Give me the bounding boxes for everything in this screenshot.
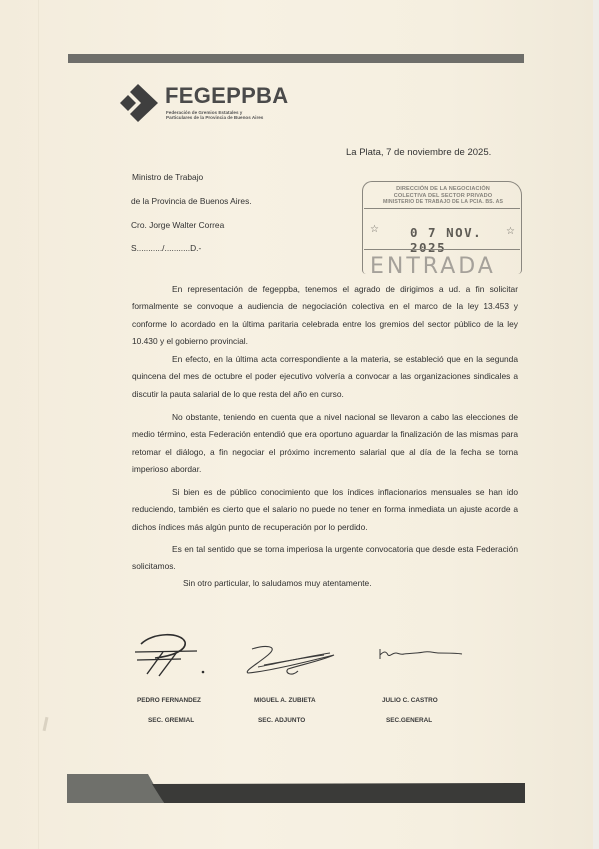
footer-bar [67,774,525,803]
signatory-name: PEDRO FERNANDEZ [137,697,201,704]
body-paragraph: Es en tal sentido que se torna imperiosa… [132,541,518,576]
brand-name: FEGEPPBA [165,83,288,109]
paragraph-text: En efecto, en la última acta correspondi… [132,351,518,403]
paragraph-text: En representación de fegeppba, tenemos e… [132,281,518,350]
signatory-name: MIGUEL A. ZUBIETA [254,697,316,704]
star-icon: ☆ [506,226,515,237]
signatory-role: SEC. GREMIAL [148,717,194,724]
stamp-entrada-label: ENTRADA [370,254,496,279]
stamp-header-line-3: MINISTERIO DE TRABAJO DE LA PCIA. BS. AS [362,199,524,206]
body-paragraph: En representación de fegeppba, tenemos e… [132,281,518,350]
reception-stamp: DIRECCIÓN DE LA NEGOCIACIÓN COLECTIVA DE… [362,181,524,279]
signatory-name: JULIO C. CASTRO [382,697,438,704]
stamp-divider-bottom [364,249,520,250]
scan-edge [593,0,599,849]
brand-subtitle: Federación de Gremios Estatales y Partic… [166,110,263,120]
handwritten-signature-icon [376,645,466,665]
chevron-diamond-logo-icon [118,84,160,122]
handwritten-signature-icon [133,630,213,680]
brand-subtitle-line-2: Particulares de la Provincia de Buenos A… [166,115,263,120]
paper-mark [43,717,49,731]
paragraph-text: Si bien es de público conocimiento que l… [132,484,518,536]
recipient-line-3: Cro. Jorge Walter Correa [131,220,224,230]
letterhead-top-bar [68,54,524,63]
paper-fold-line [38,0,39,849]
paragraph-text: No obstante, teniendo en cuenta que a ni… [132,409,518,478]
body-paragraph: No obstante, teniendo en cuenta que a ni… [132,409,518,478]
letter-page: FEGEPPBA Federación de Gremios Estatales… [0,0,594,849]
recipient-line-1: Ministro de Trabajo [132,172,203,182]
recipient-line-4: S.........../...........D.- [131,243,201,253]
paragraph-text: Es en tal sentido que se torna imperiosa… [132,541,518,576]
body-paragraph: En efecto, en la última acta correspondi… [132,351,518,403]
signatory-role: SEC. ADJUNTO [258,717,305,724]
recipient-line-2: de la Provincia de Buenos Aires. [131,196,252,206]
body-paragraph: Si bien es de público conocimiento que l… [132,484,518,536]
stamp-divider-top [364,208,520,209]
star-icon: ☆ [370,224,379,235]
signatory-role: SEC.GENERAL [386,717,432,724]
closing-line: Sin otro particular, lo saludamos muy at… [183,578,372,588]
letter-date: La Plata, 7 de noviembre de 2025. [346,147,491,158]
handwritten-signature-icon [240,643,345,679]
